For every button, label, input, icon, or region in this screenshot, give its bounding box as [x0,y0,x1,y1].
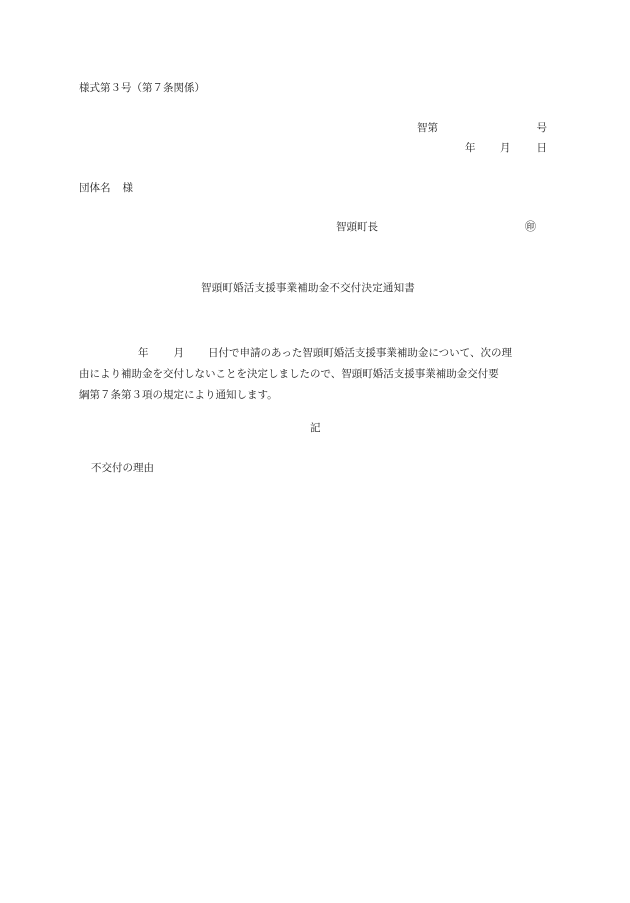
body-line-3: 綱第７条第３項の規定により通知します。 [79,385,549,406]
body-line-1: 年月日付で申請のあった智頭町婚活支援事業補助金について、次の理 [79,343,549,364]
date-day-label: 日 [537,143,548,154]
document-number-suffix: 号 [537,123,548,134]
document-date: 年 月 日 [465,143,547,155]
recipient-honorific: 様 [123,182,134,194]
reason-label: 不交付の理由 [91,463,154,474]
body-line-2: 由により補助金を交付しないことを決定しましたので、智頭町婚活支援事業補助金交付要 [79,364,549,385]
note-heading: 記 [310,423,321,434]
body-line-1-text: 日付で申請のあった智頭町婚活支援事業補助金について、次の理 [208,347,512,359]
recipient-name: 団体名 [79,182,111,194]
date-year-label: 年 [465,143,476,154]
body-month-label: 月 [174,347,185,359]
body-text: 年月日付で申請のあった智頭町婚活支援事業補助金について、次の理 由により補助金を… [79,343,549,406]
seal-icon: ㊞ [525,221,536,232]
form-number: 様式第３号（第７条関係） [79,83,205,94]
sender: 智頭町長 ㊞ [336,222,536,236]
recipient: 団体名様 [79,183,133,194]
date-month-label: 月 [500,143,511,154]
document-number-prefix: 智第 [417,123,438,134]
body-year-label: 年 [138,347,149,359]
sender-title: 智頭町長 [336,222,378,233]
document-title: 智頭町婚活支援事業補助金不交付決定通知書 [201,283,415,294]
document-number: 智第 号 [417,123,547,135]
